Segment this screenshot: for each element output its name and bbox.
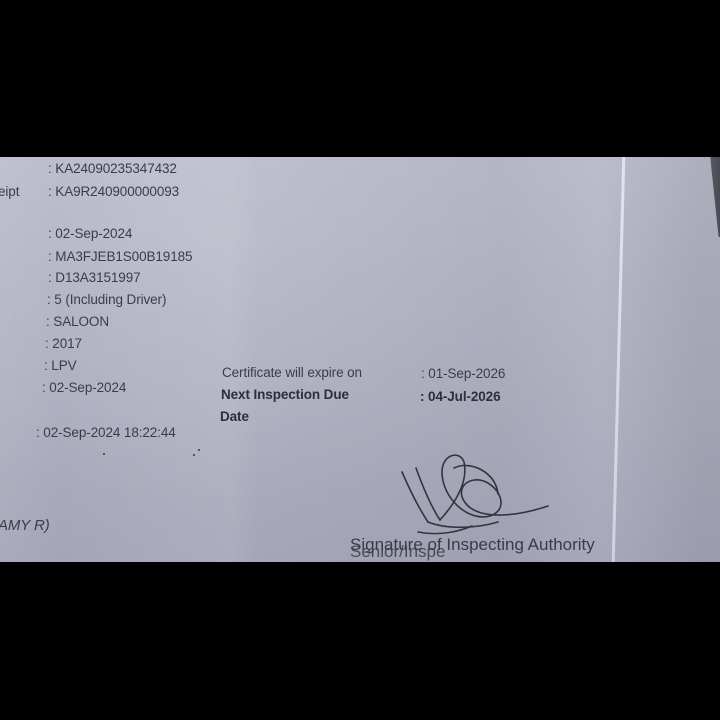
print-speck: [198, 449, 200, 451]
signature-caption: Signature of Inspecting Authority: [350, 535, 595, 555]
name-fragment: AMY R): [0, 517, 50, 534]
certificate-paper: eipt : KA24090235347432 : KA9R2409000000…: [0, 157, 720, 562]
print-speck: [103, 453, 105, 455]
field-value-receipt-no: : KA9R240900000093: [48, 184, 179, 199]
field-value-application-no: : KA24090235347432: [48, 161, 177, 176]
next-inspection-value: : 04-Jul-2026: [420, 389, 501, 404]
field-value-seating-capacity: : 5 (Including Driver): [47, 292, 166, 307]
field-value-chassis-no: : MA3FJEB1S00B19185: [48, 249, 192, 264]
field-value-inspection-date: : 02-Sep-2024: [42, 380, 126, 395]
receipt-label-fragment: eipt: [0, 184, 19, 199]
field-value-timestamp: : 02-Sep-2024 18:22:44: [36, 425, 176, 440]
expiry-value: : 01-Sep-2026: [421, 366, 505, 381]
field-value-vehicle-class: : LPV: [44, 358, 77, 373]
paper-edge-shadow: [706, 157, 720, 237]
field-value-body-type: : SALOON: [46, 314, 109, 329]
signature-scribble-icon: [398, 450, 558, 540]
expiry-label: Certificate will expire on: [222, 365, 362, 380]
next-inspection-label: Next Inspection Due: [221, 387, 349, 402]
photo-frame: eipt : KA24090235347432 : KA9R2409000000…: [0, 0, 720, 720]
field-value-year: : 2017: [45, 336, 82, 351]
field-value-engine-no: : D13A3151997: [48, 270, 141, 285]
paper-fold-line: [612, 157, 626, 562]
field-value-date: : 02-Sep-2024: [48, 226, 132, 241]
next-inspection-label-date: Date: [220, 409, 249, 424]
print-speck: [193, 454, 195, 456]
